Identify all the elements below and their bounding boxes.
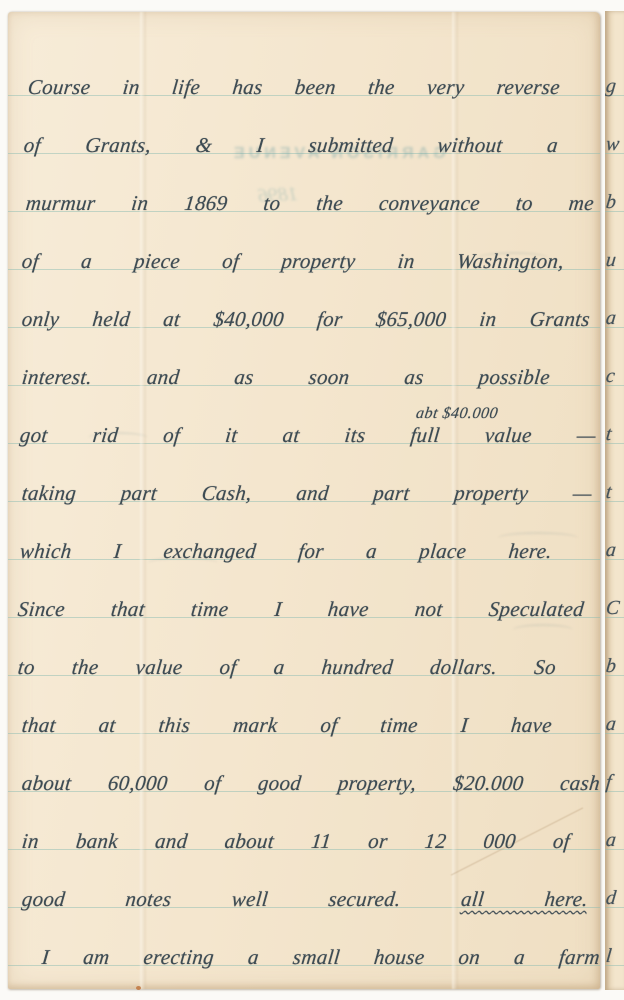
next-page-stroke: C — [605, 595, 621, 621]
handwriting-line: taking part Cash, and part property — — [20, 478, 593, 508]
next-page-stroke: w — [605, 131, 621, 157]
letter-scan: GARRISON AVENUE 1896 Course in life has … — [0, 0, 624, 1000]
handwriting-line: got rid of it at its full value — — [18, 420, 597, 450]
handwriting-line: good notes well secured. all here. — [20, 884, 589, 914]
handwriting-line: murmur in 1869 to the conveyance to me — [24, 188, 595, 218]
handwriting-line: that at this mark of time I have — [20, 710, 553, 740]
handwriting-line: which I exchanged for a place here. — [18, 536, 553, 566]
handwriting-line: Course in life has been the very reverse — [26, 72, 561, 102]
handwriting-line: to the value of a hundred dollars. So — [16, 652, 557, 682]
handwriting-line: only held at $40,000 for $65,000 in Gran… — [20, 304, 591, 334]
handwriting-line: of a piece of property in Washington, — [20, 246, 565, 276]
letter-page: GARRISON AVENUE 1896 Course in life has … — [8, 12, 600, 989]
handwriting-line: of Grants, & I submitted without a — [22, 130, 559, 160]
handwriting-line: interest. and as soon as possible — [20, 362, 551, 392]
underlined-phrase: all here. — [460, 887, 589, 911]
handwriting-line: Since that time I have not Speculated — [16, 594, 585, 624]
handwriting-text: good notes well secured. — [21, 887, 402, 911]
next-page-edge: g w b u a c t t a C b a f a d l — [605, 11, 624, 990]
handwriting-line: in bank and about 11 or 12 000 of — [20, 826, 571, 856]
handwriting-line: about 60,000 of good property, $20.000 c… — [20, 768, 601, 798]
handwriting-line: I am erecting a small house on a farm — [40, 942, 601, 972]
foxing-speck — [136, 986, 141, 990]
